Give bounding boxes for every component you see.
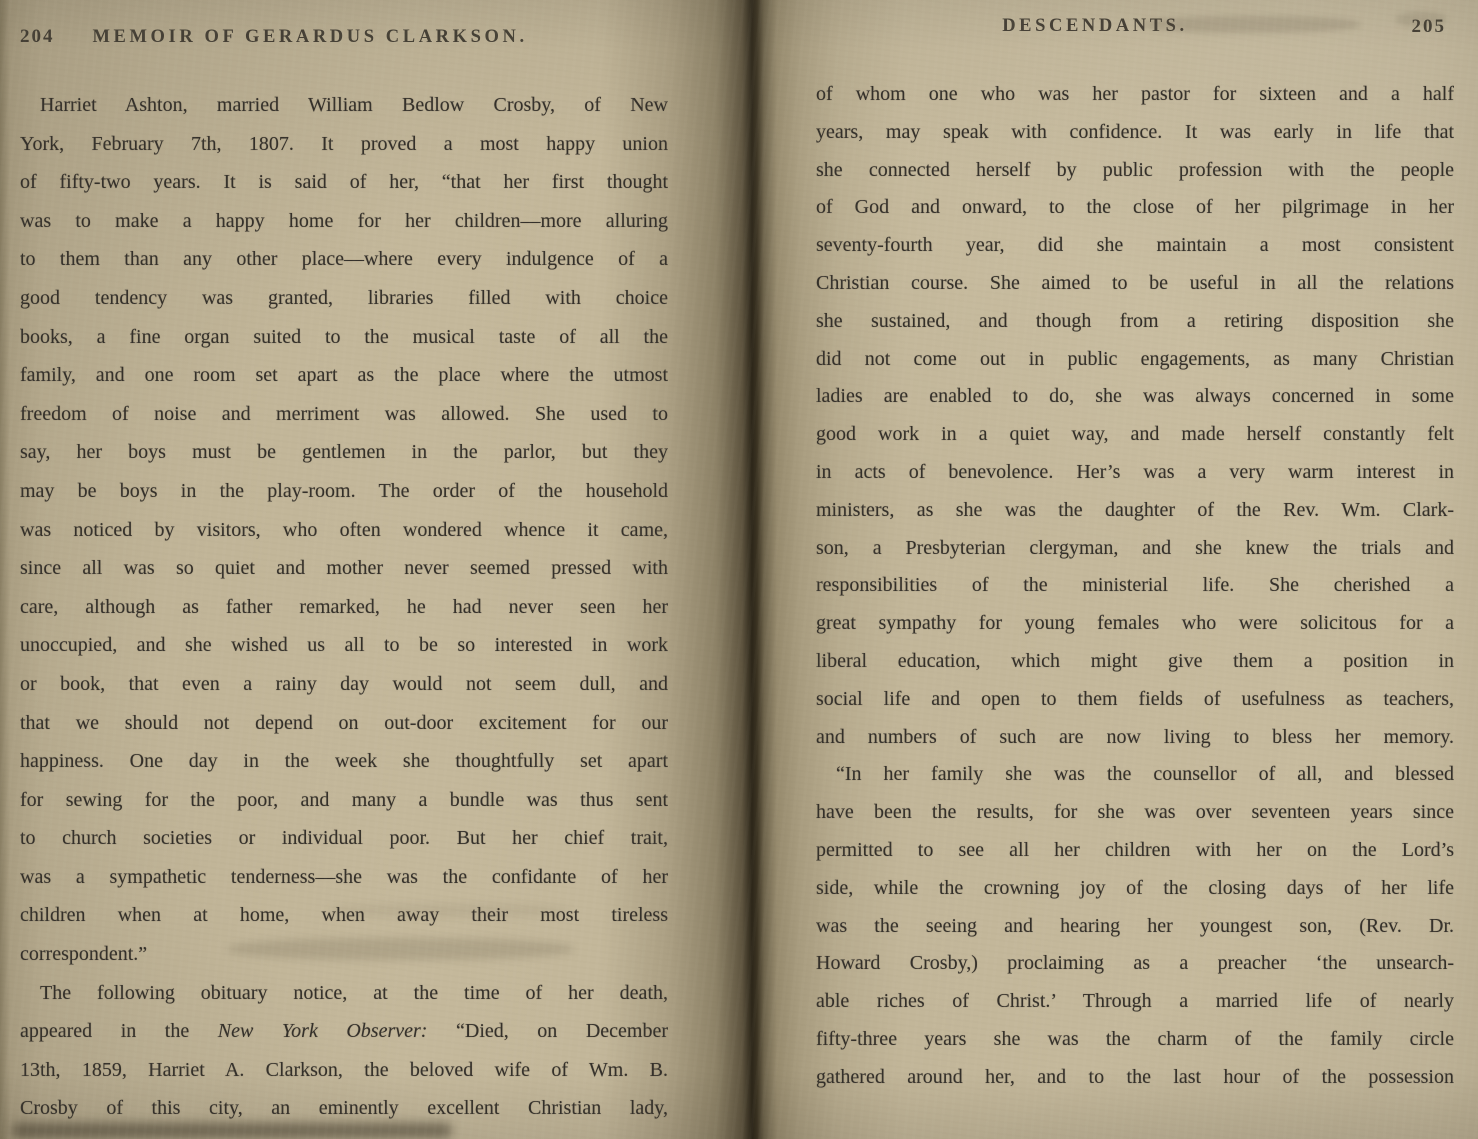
- text-line: fifty-three years she was the charm of t…: [816, 1021, 1454, 1059]
- left-page-body: Harriet Ashton, married William Bedlow C…: [20, 86, 668, 1128]
- text-line: to church societies or individual poor. …: [20, 819, 668, 858]
- text-line: good tendency was granted, libraries fil…: [20, 279, 668, 318]
- text-line: may be boys in the play-room. The order …: [20, 472, 668, 511]
- left-page-header: 204 MEMOIR OF GERARDUS CLARKSON.: [20, 26, 528, 48]
- right-page-number: 205: [1412, 16, 1447, 38]
- text-line: good work in a quiet way, and made herse…: [816, 416, 1454, 454]
- text-line: of God and onward, to the close of her p…: [816, 189, 1454, 227]
- text-line: children when at home, when away their m…: [20, 896, 668, 935]
- text-line: ladies are enabled to do, she was always…: [816, 378, 1454, 416]
- text-line: happiness. One day in the week she thoug…: [20, 742, 668, 781]
- text-line: side, while the crowning joy of the clos…: [816, 870, 1454, 908]
- book-scan: 204 MEMOIR OF GERARDUS CLARKSON. Harriet…: [0, 0, 1478, 1139]
- text-line: appeared in the New York Observer: “Died…: [20, 1012, 668, 1051]
- text-line: great sympathy for young females who wer…: [816, 605, 1454, 643]
- left-page: 204 MEMOIR OF GERARDUS CLARKSON. Harriet…: [0, 0, 756, 1139]
- text-line: social life and open to them fields of u…: [816, 681, 1454, 719]
- text-line: responsibilities of the ministerial life…: [816, 567, 1454, 605]
- text-line: to them than any other place—where every…: [20, 240, 668, 279]
- text-line: able riches of Christ.’ Through a marrie…: [816, 983, 1454, 1021]
- text-line: Howard Crosby,) proclaiming as a preache…: [816, 945, 1454, 983]
- text-line: “In her family she was the counsellor of…: [816, 756, 1454, 794]
- text-line: The following obituary notice, at the ti…: [20, 974, 668, 1013]
- text-line: York, February 7th, 1807. It proved a mo…: [20, 125, 668, 164]
- right-running-title: DESCENDANTS.: [734, 16, 1456, 37]
- text-line: care, although as father remarked, he ha…: [20, 588, 668, 627]
- text-line: she connected herself by public professi…: [816, 152, 1454, 190]
- text-line: for sewing for the poor, and many a bund…: [20, 781, 668, 820]
- text-line: and numbers of such are now living to bl…: [816, 719, 1454, 757]
- paragraph: “In her family she was the counsellor of…: [816, 756, 1454, 1096]
- paragraph: The following obituary notice, at the ti…: [20, 974, 668, 1128]
- text-line: that we should not depend on out-door ex…: [20, 704, 668, 743]
- paragraph: Harriet Ashton, married William Bedlow C…: [20, 86, 668, 974]
- text-line: of fifty-two years. It is said of her, “…: [20, 163, 668, 202]
- text-line: of whom one who was her pastor for sixte…: [816, 76, 1454, 114]
- text-line: books, a fine organ suited to the musica…: [20, 318, 668, 357]
- text-line: she sustained, and though from a retirin…: [816, 303, 1454, 341]
- text-line: ministers, as she was the daughter of th…: [816, 492, 1454, 530]
- text-line: say, her boys must be gentlemen in the p…: [20, 433, 668, 472]
- text-line: since all was so quiet and mother never …: [20, 549, 668, 588]
- text-line: years, may speak with confidence. It was…: [816, 114, 1454, 152]
- text-line: Harriet Ashton, married William Bedlow C…: [20, 86, 668, 125]
- left-page-number: 204: [20, 26, 55, 48]
- text-line: gathered around her, and to the last hou…: [816, 1059, 1454, 1097]
- text-line: was noticed by visitors, who often wonde…: [20, 511, 668, 550]
- text-line: son, a Presbyterian clergyman, and she k…: [816, 530, 1454, 568]
- text-line: Christian course. She aimed to be useful…: [816, 265, 1454, 303]
- text-line: was to make a happy home for her childre…: [20, 202, 668, 241]
- text-line: permitted to see all her children with h…: [816, 832, 1454, 870]
- text-line: freedom of noise and merriment was allow…: [20, 395, 668, 434]
- text-line: did not come out in public engagements, …: [816, 341, 1454, 379]
- text-line: seventy-fourth year, did she maintain a …: [816, 227, 1454, 265]
- text-line: was a sympathetic tenderness—she was the…: [20, 858, 668, 897]
- right-page-body: of whom one who was her pastor for sixte…: [816, 76, 1454, 1097]
- text-line: was the seeing and hearing her youngest …: [816, 908, 1454, 946]
- text-line: liberal education, which might give them…: [816, 643, 1454, 681]
- text-line: family, and one room set apart as the pl…: [20, 356, 668, 395]
- text-line: have been the results, for she was over …: [816, 794, 1454, 832]
- text-line: Crosby of this city, an eminently excell…: [20, 1089, 668, 1128]
- text-line: unoccupied, and she wished us all to be …: [20, 626, 668, 665]
- text-line: 13th, 1859, Harriet A. Clarkson, the bel…: [20, 1051, 668, 1090]
- text-line: or book, that even a rainy day would not…: [20, 665, 668, 704]
- text-line: correspondent.”: [20, 935, 668, 974]
- text-line: in acts of benevolence. Her’s was a very…: [816, 454, 1454, 492]
- paragraph: of whom one who was her pastor for sixte…: [816, 76, 1454, 756]
- right-page: DESCENDANTS. 205 of whom one who was her…: [756, 0, 1478, 1139]
- left-running-title: MEMOIR OF GERARDUS CLARKSON.: [93, 27, 528, 48]
